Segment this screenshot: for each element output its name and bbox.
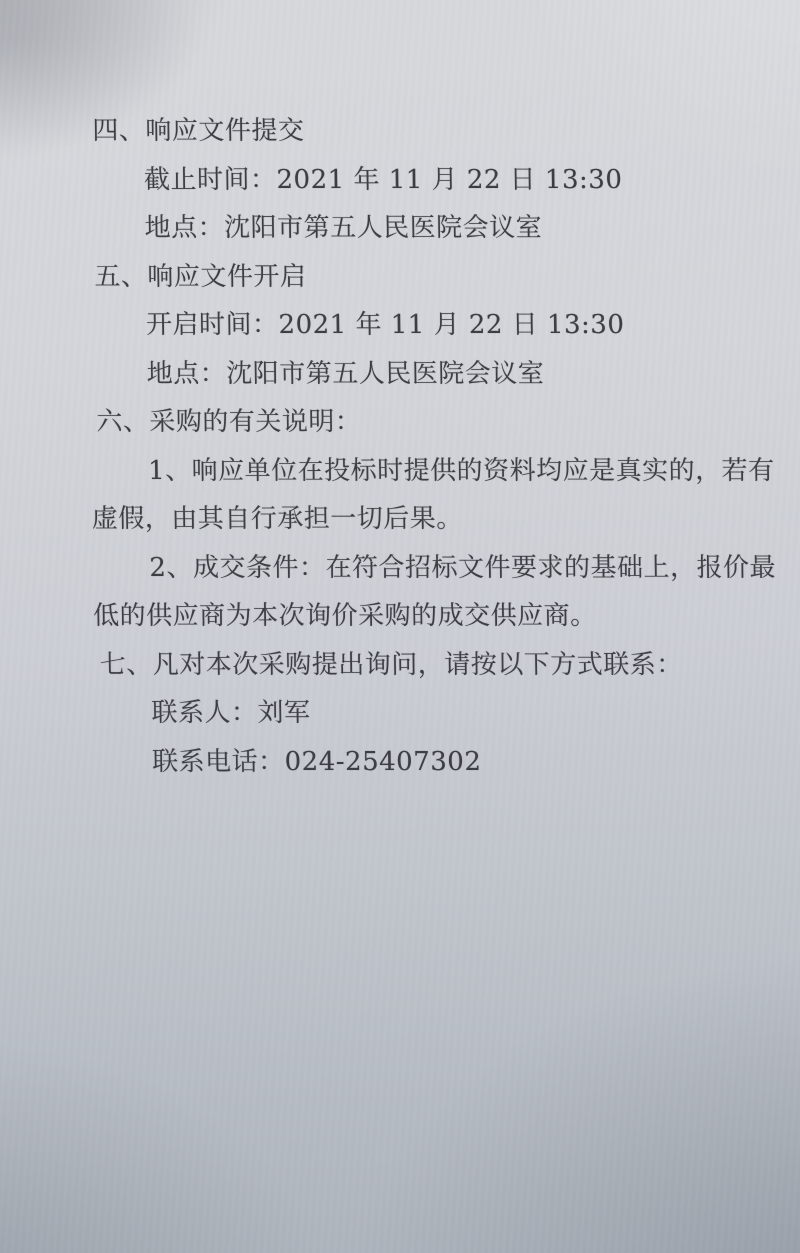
opening-location-line: 地点：沈阳市第五人民医院会议室 [146,350,758,399]
scanned-document-page: 四、响应文件提交 截止时间：2021 年 11 月 22 日 13:30 地点：… [0,0,800,1253]
note-1-line-1: 1、响应单位在投标时提供的资料均应是真实的，若有 [148,447,760,496]
opening-time-line: 开启时间：2021 年 11 月 22 日 13:30 [146,301,758,350]
section-heading-submission: 四、响应文件提交 [92,107,755,156]
section-heading-notes: 六、采购的有关说明： [96,398,759,447]
document-text-block: 四、响应文件提交 截止时间：2021 年 11 月 22 日 13:30 地点：… [86,107,763,786]
contact-phone-line: 联系电话：024-25407302 [152,738,764,787]
note-1-line-2: 虚假，由其自行承担一切后果。 [91,495,760,544]
section-heading-opening: 五、响应文件开启 [94,253,757,302]
section-heading-contact: 七、凡对本次采购提出询问，请按以下方式联系： [99,641,762,690]
submission-location-line: 地点：沈阳市第五人民医院会议室 [144,204,756,253]
contact-person-line: 联系人：刘军 [151,689,763,738]
note-2-line-2: 低的供应商为本次询价采购的成交供应商。 [93,592,762,641]
submission-deadline-line: 截止时间：2021 年 11 月 22 日 13:30 [144,156,756,205]
note-2-line-1: 2、成交条件：在符合招标文件要求的基础上，报价最 [149,544,761,593]
